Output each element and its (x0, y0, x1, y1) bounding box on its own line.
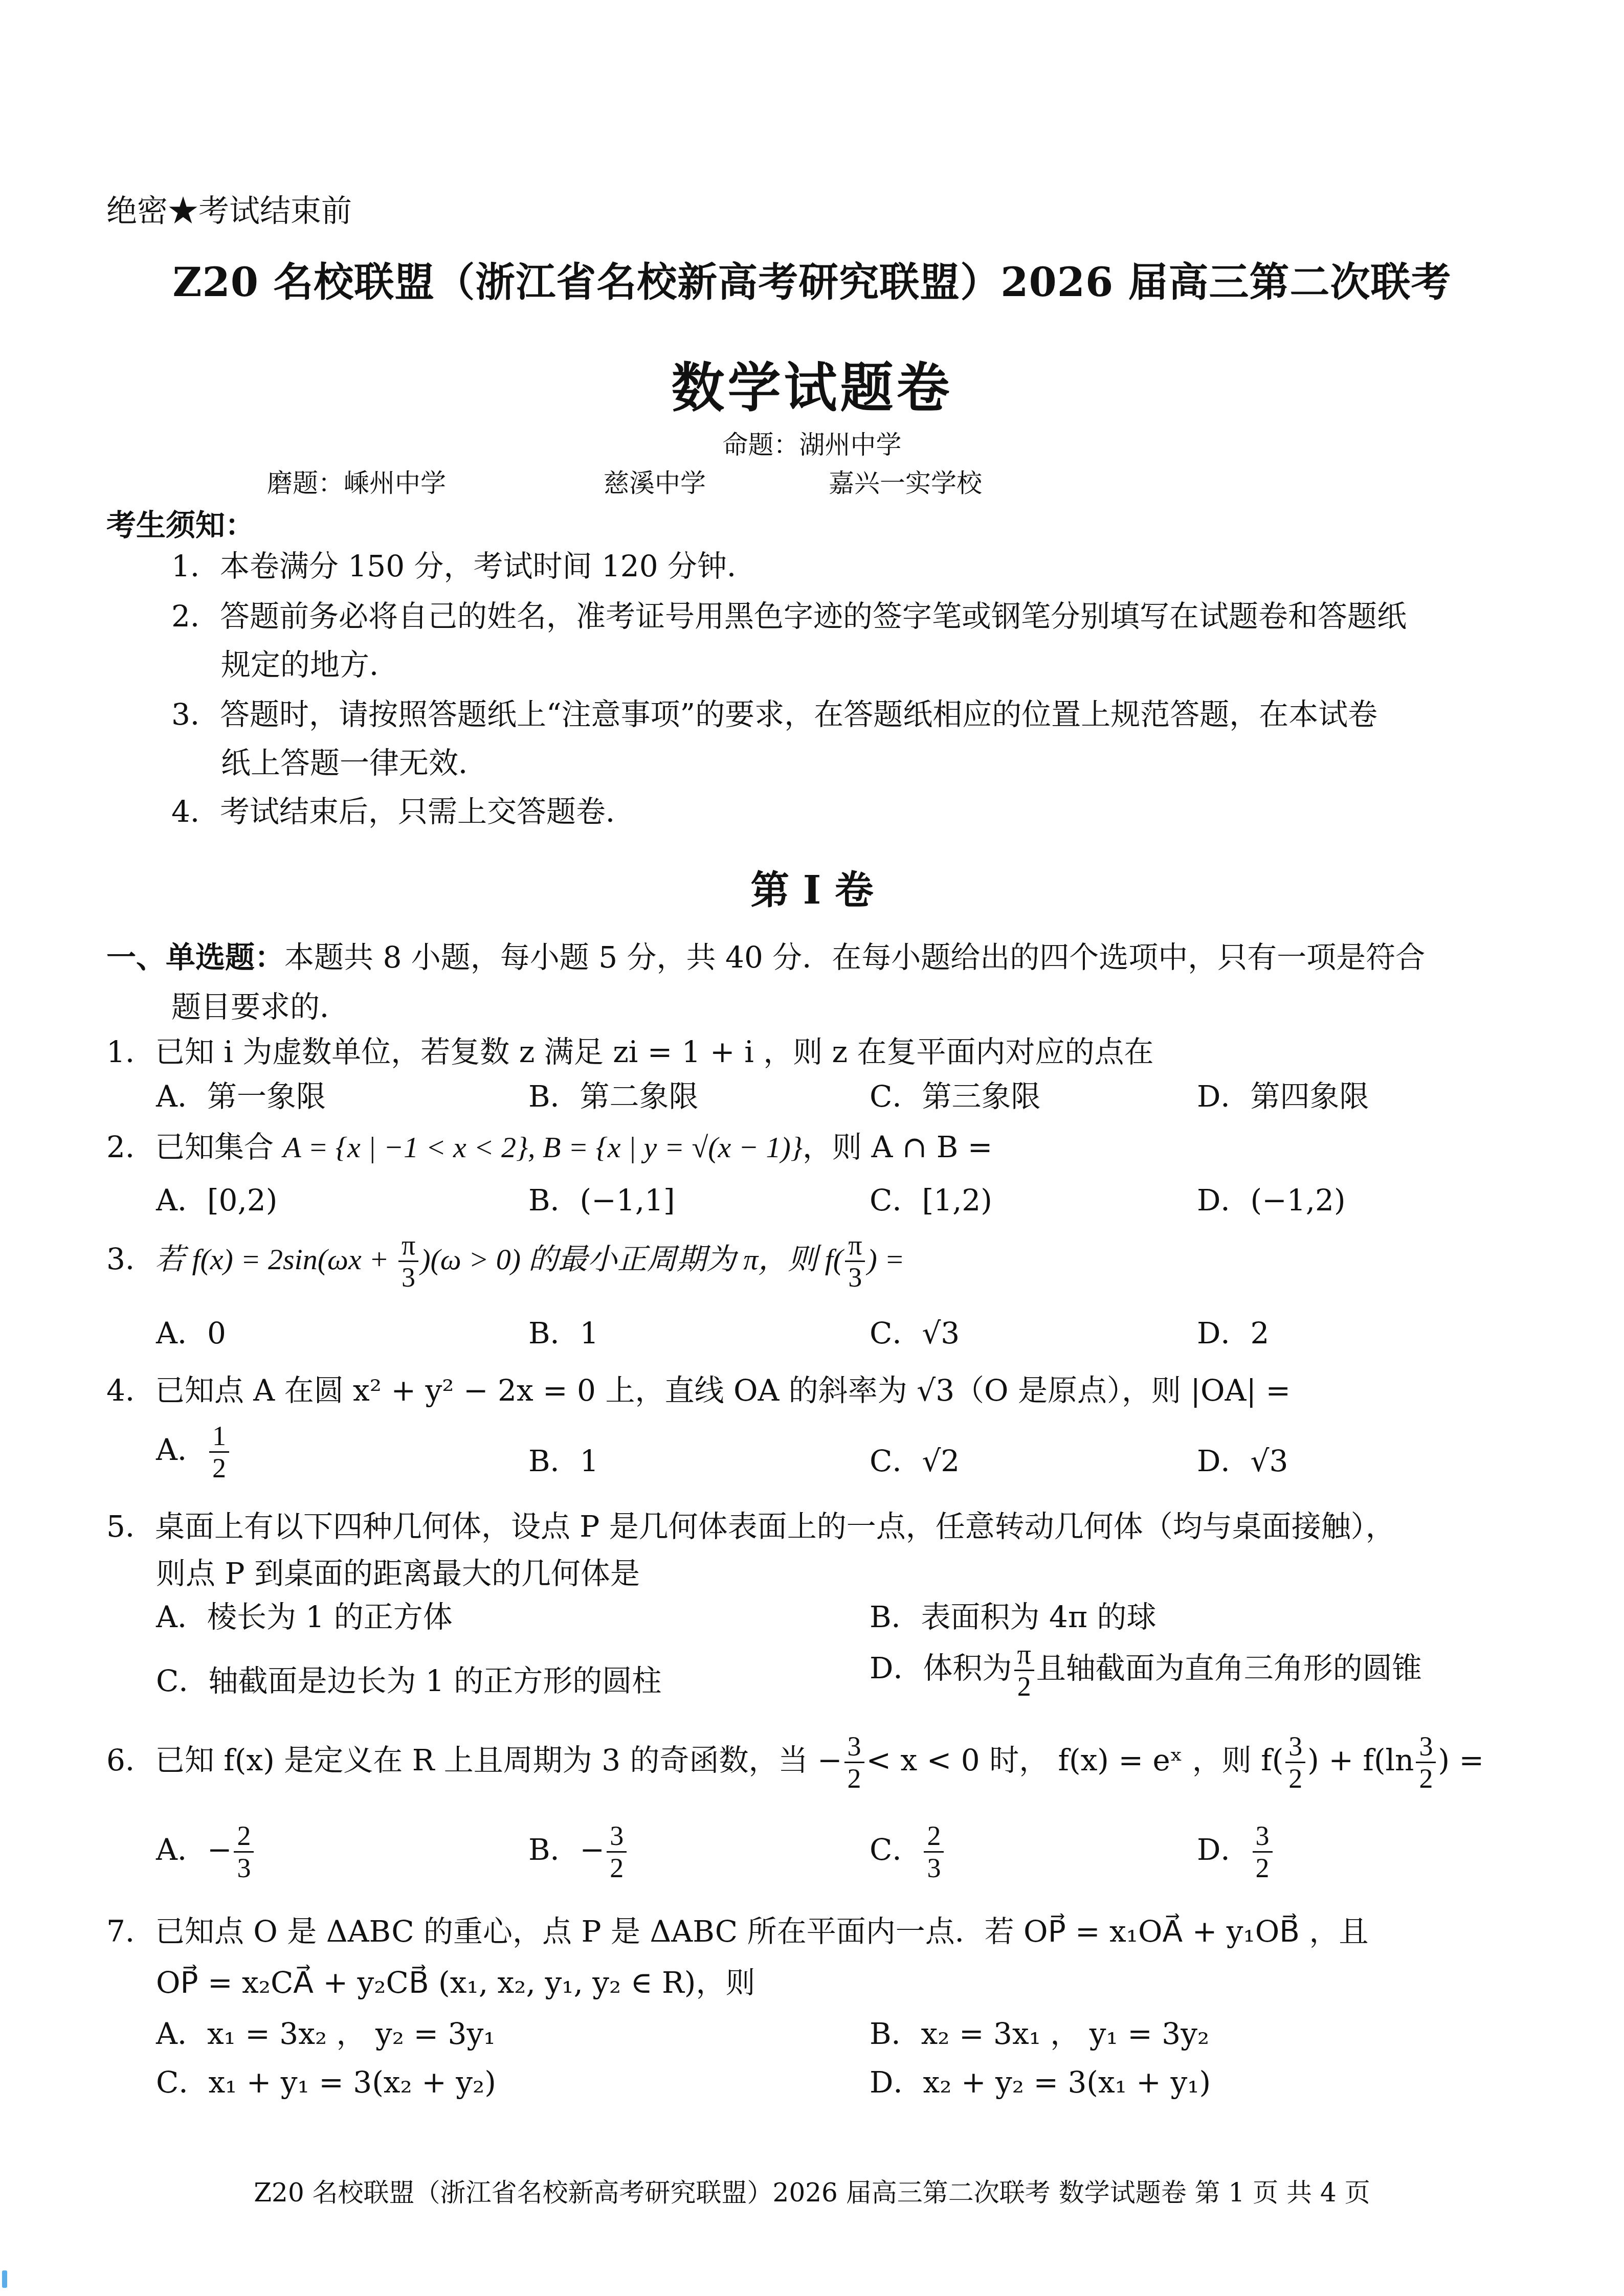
fraction-numerator: π (845, 1230, 865, 1262)
question-stem: 桌面上有以下四种几何体，设点 P 是几何体表面上的一点，任意转动几何体（均与桌面… (155, 1509, 1395, 1544)
question-stem-post: ) = (1438, 1743, 1484, 1777)
question-stem-pre: 已知 f(x) 是定义在 R 上且周期为 3 的奇函数，当 − (155, 1743, 842, 1777)
q6-option-d: D．32 (1197, 1820, 1275, 1883)
question-stem-pre: 若 f(x) = 2sin(ωx + (155, 1243, 396, 1276)
reviewers-label: 磨题：嵊州中学 (267, 463, 446, 500)
q4-option-c: C．√2 (870, 1437, 960, 1480)
q3-option-b: B．1 (528, 1309, 599, 1352)
reviewer-2: 慈溪中学 (604, 463, 706, 500)
q7-option-d: D．x₂ + y₂ = 3(x₁ + y₁) (870, 2058, 1211, 2101)
q4-option-a: A．12 (156, 1421, 231, 1483)
fraction-denominator: 2 (610, 1853, 624, 1883)
fraction-numerator: 3 (1253, 1820, 1273, 1853)
fraction-numerator: 2 (234, 1820, 254, 1853)
q6-option-a: A．−23 (156, 1820, 256, 1883)
fraction: 23 (234, 1820, 254, 1883)
option-text: 且轴截面为直角三角形的圆锥 (1036, 1651, 1422, 1685)
question-5: 5．桌面上有以下四种几何体，设点 P 是几何体表面上的一点，任意转动几何体（均与… (106, 1502, 1395, 1545)
section-heading: 一、单选题：本题共 8 小题，每小题 5 分，共 40 分．在每小题给出的四个选… (106, 933, 1425, 976)
question-stem: 已知点 O 是 ΔABC 的重心，点 P 是 ΔABC 所在平面内一点．若 OP… (155, 1914, 1369, 1949)
notice-text: 答题前务必将自己的姓名，准考证号用黑色字迹的签字笔或钢笔分别填写在试题卷和答题纸 (220, 599, 1407, 634)
notice-item-1: 1．本卷满分 150 分，考试时间 120 分钟． (171, 542, 757, 585)
exam-title: Z20 名校联盟（浙江省名校新高考研究联盟）2026 届高三第二次联考 (0, 251, 1624, 308)
question-stem-math: A = {x | −1 < x < 2}, B = {x | y = √(x −… (283, 1131, 803, 1164)
q1-option-b: B．第二象限 (528, 1072, 699, 1115)
fraction: 23 (924, 1820, 944, 1883)
section-text-cont: 题目要求的． (171, 983, 349, 1026)
option-label: A． (156, 1432, 207, 1467)
question-7: 7．已知点 O 是 ΔABC 的重心，点 P 是 ΔABC 所在平面内一点．若 … (106, 1907, 1369, 1950)
notice-num: 1． (171, 549, 220, 583)
fraction-denominator: 2 (1288, 1763, 1302, 1794)
question-num: 3． (106, 1242, 155, 1276)
fraction: 32 (1285, 1731, 1305, 1794)
reviewers-label-text: 磨题： (267, 468, 344, 498)
notice-item-3-cont: 纸上答题一律无效． (221, 739, 488, 782)
fraction-denominator: 2 (1256, 1853, 1270, 1883)
question-stem-mid: < x < 0 时， f(x) = eˣ ，则 f( (866, 1743, 1284, 1777)
notice-num: 2． (171, 599, 220, 634)
q6-option-c: C．23 (870, 1820, 946, 1883)
q7-option-c: C．x₁ + y₁ = 3(x₂ + y₂) (156, 2058, 496, 2101)
fraction-denominator: 2 (212, 1453, 226, 1483)
question-stem: 已知 i 为虚数单位，若复数 z 满足 zi = 1 + i ，则 z 在复平面… (155, 1034, 1154, 1069)
author-line: 命题：湖州中学 (0, 424, 1624, 461)
q2-option-a: A．[0,2) (156, 1176, 277, 1219)
option-label: A．− (156, 1832, 232, 1867)
fraction-numerator: 3 (1416, 1731, 1436, 1763)
fraction-denominator: 2 (848, 1763, 861, 1794)
confidential-label: 绝密★考试结束前 (106, 187, 352, 231)
fraction: 32 (1416, 1731, 1436, 1794)
fraction-numerator: 2 (924, 1820, 944, 1853)
question-num: 1． (106, 1034, 155, 1069)
notice-text: 本卷满分 150 分，考试时间 120 分钟． (220, 549, 757, 583)
question-stem-mid2: ) + f(ln (1307, 1743, 1414, 1777)
fraction-numerator: 3 (607, 1820, 627, 1853)
option-label: B．− (528, 1832, 605, 1867)
question-num: 6． (106, 1743, 155, 1777)
reviewer-3: 嘉兴一实学校 (829, 463, 982, 500)
question-num: 2． (106, 1130, 155, 1164)
q5-option-a: A．棱长为 1 的正方体 (156, 1593, 453, 1636)
fraction-denominator: 3 (237, 1853, 251, 1883)
notice-text: 答题时，请按照答题纸上“注意事项”的要求，在答题纸相应的位置上规范答题，在本试卷 (220, 697, 1377, 732)
question-stem-pre: 已知集合 (155, 1130, 283, 1164)
question-stem-mid: )(ω > 0) 的最小正周期为 π，则 f( (420, 1243, 843, 1276)
notice-item-2: 2．答题前务必将自己的姓名，准考证号用黑色字迹的签字笔或钢笔分别填写在试题卷和答… (171, 592, 1407, 635)
fraction: 32 (1253, 1820, 1273, 1883)
subject-title: 数学试题卷 (0, 345, 1624, 422)
q5-option-d: D．体积为π2且轴截面为直角三角形的圆锥 (870, 1639, 1422, 1702)
question-3: 3．若 f(x) = 2sin(ωx + π3)(ω > 0) 的最小正周期为 … (106, 1230, 904, 1293)
q7-option-b: B．x₂ = 3x₁ ， y₁ = 3y₂ (870, 2010, 1209, 2053)
section-label: 一、单选题： (106, 940, 284, 975)
fraction: π2 (1014, 1639, 1034, 1702)
option-text: D．体积为 (870, 1651, 1012, 1685)
page-footer: Z20 名校联盟（浙江省名校新高考研究联盟）2026 届高三第二次联考 数学试题… (0, 2172, 1624, 2209)
fraction: 12 (209, 1421, 229, 1483)
option-label: C． (870, 1832, 922, 1867)
fraction-numerator: 1 (209, 1421, 229, 1453)
option-label: D． (1197, 1832, 1251, 1867)
question-num: 7． (106, 1914, 155, 1949)
q2-option-c: C．[1,2) (870, 1176, 992, 1219)
q3-option-a: A．0 (156, 1309, 226, 1352)
q6-option-b: B．−32 (528, 1820, 629, 1883)
part-title: 第 I 卷 (0, 859, 1624, 915)
question-4: 4．已知点 A 在圆 x² + y² − 2x = 0 上，直线 OA 的斜率为… (106, 1366, 1291, 1409)
q3-option-d: D．2 (1197, 1309, 1269, 1352)
question-stem-post: ，则 A ∩ B = (803, 1130, 992, 1164)
fraction-numerator: 3 (844, 1731, 864, 1763)
notice-text: 考试结束后，只需上交答题卷． (220, 794, 635, 829)
q1-option-c: C．第三象限 (870, 1072, 1040, 1115)
fraction-numerator: 3 (1285, 1731, 1305, 1763)
notice-num: 3． (171, 697, 220, 732)
question-stem: 已知点 A 在圆 x² + y² − 2x = 0 上，直线 OA 的斜率为 √… (155, 1373, 1291, 1408)
notice-item-3: 3．答题时，请按照答题纸上“注意事项”的要求，在答题纸相应的位置上规范答题，在本… (171, 690, 1377, 733)
notice-num: 4． (171, 794, 220, 829)
q4-option-d: D．√3 (1197, 1437, 1288, 1480)
q1-option-a: A．第一象限 (156, 1072, 326, 1115)
fraction: 32 (607, 1820, 627, 1883)
notice-heading: 考生须知： (106, 501, 255, 544)
fraction-numerator: π (398, 1230, 418, 1262)
q3-option-c: C．√3 (870, 1309, 960, 1352)
fraction-numerator: π (1014, 1639, 1034, 1671)
fraction-denominator: 2 (1017, 1671, 1031, 1702)
section-text: 本题共 8 小题，每小题 5 分，共 40 分．在每小题给出的四个选项中，只有一… (284, 940, 1425, 975)
q2-option-b: B．(−1,1] (528, 1176, 675, 1219)
question-1: 1．已知 i 为虚数单位，若复数 z 满足 zi = 1 + i ，则 z 在复… (106, 1028, 1154, 1071)
reviewer-1: 嵊州中学 (344, 468, 446, 498)
question-stem-post: ) = (867, 1243, 904, 1276)
q7-option-a: A．x₁ = 3x₂ ， y₂ = 3y₁ (156, 2010, 495, 2053)
fraction: π3 (398, 1230, 418, 1293)
fraction: 32 (844, 1731, 864, 1794)
notice-item-4: 4．考试结束后，只需上交答题卷． (171, 787, 635, 830)
fraction-denominator: 2 (1419, 1763, 1433, 1794)
question-2: 2．已知集合 A = {x | −1 < x < 2}, B = {x | y … (106, 1123, 992, 1166)
q1-option-d: D．第四象限 (1197, 1072, 1369, 1115)
q2-option-d: D．(−1,2) (1197, 1176, 1346, 1219)
question-6: 6．已知 f(x) 是定义在 R 上且周期为 3 的奇函数，当 −32< x <… (106, 1731, 1484, 1794)
scan-edge-mark (2, 2270, 7, 2288)
fraction: π3 (845, 1230, 865, 1293)
fraction-denominator: 3 (848, 1262, 862, 1293)
fraction-denominator: 3 (927, 1853, 941, 1883)
fraction-denominator: 3 (402, 1262, 415, 1293)
question-7-cont: OP⃗ = x₂CA⃗ + y₂CB⃗ (x₁, x₂, y₁, y₂ ∈ R)… (156, 1959, 755, 2001)
q5-option-c: C．轴截面是边长为 1 的正方形的圆柱 (156, 1657, 661, 1700)
exam-page: 绝密★考试结束前 Z20 名校联盟（浙江省名校新高考研究联盟）2026 届高三第… (0, 0, 1624, 2296)
q4-option-b: B．1 (528, 1437, 599, 1480)
question-num: 5． (106, 1509, 155, 1544)
notice-item-2-cont: 规定的地方． (221, 641, 399, 684)
q5-option-b: B．表面积为 4π 的球 (870, 1593, 1156, 1636)
question-5-cont: 则点 P 到桌面的距离最大的几何体是 (156, 1549, 640, 1592)
question-num: 4． (106, 1373, 155, 1408)
